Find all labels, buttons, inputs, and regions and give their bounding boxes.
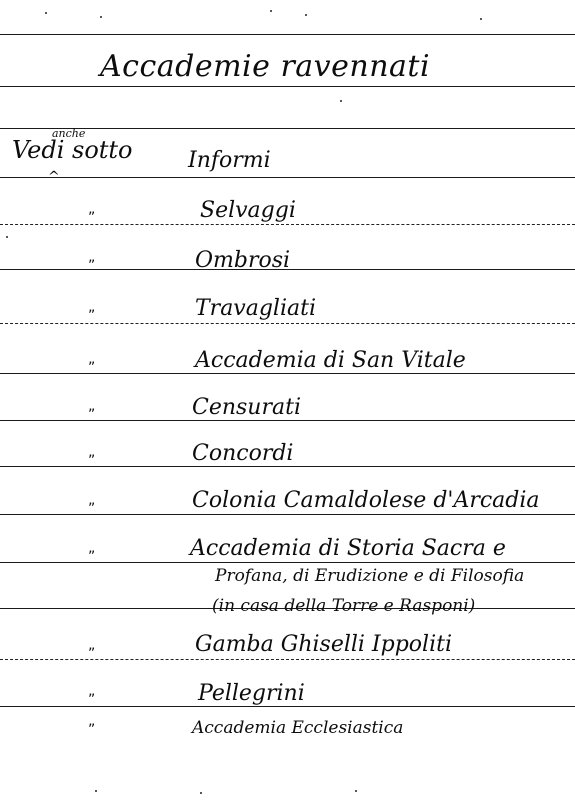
ink-speck: [355, 790, 357, 792]
ink-speck: [340, 100, 342, 102]
list-item: Informi: [188, 150, 271, 172]
ditto-mark: ”: [88, 258, 95, 274]
ruled-line: [0, 86, 575, 87]
ruled-line: [0, 177, 575, 178]
ink-speck: [270, 10, 272, 12]
list-item: Travagliati: [195, 298, 316, 320]
ink-speck: [6, 236, 8, 238]
ditto-mark: ”: [88, 646, 95, 662]
list-item-continuation: Profana, di Erudizione e di Filosofia: [215, 568, 524, 585]
ruled-line: [0, 420, 575, 421]
page-title: Accademie ravennati: [100, 52, 430, 82]
ink-speck: [100, 16, 102, 18]
ditto-mark: ”: [88, 692, 95, 708]
ruled-line: [0, 34, 575, 35]
ruled-line: [0, 659, 575, 660]
cross-reference-insertion: anche: [52, 128, 85, 139]
ruled-line: [0, 224, 575, 225]
list-item: Selvaggi: [200, 200, 296, 222]
ink-speck: [305, 14, 307, 16]
ditto-mark: ”: [88, 453, 95, 469]
ditto-mark: ”: [88, 308, 95, 324]
ditto-mark: ”: [88, 722, 95, 738]
ruled-line: [0, 373, 575, 374]
ruled-line: [0, 514, 575, 515]
ruled-line: [0, 706, 575, 707]
ruled-line: [0, 323, 575, 324]
cross-reference-label: Vedi sotto: [12, 138, 133, 162]
ditto-mark: ”: [88, 407, 95, 423]
list-item: Accademia Ecclesiastica: [192, 720, 403, 737]
ditto-mark: ”: [88, 210, 95, 226]
ditto-mark: ”: [88, 501, 95, 517]
list-item-continuation: (in casa della Torre e Rasponi): [212, 598, 475, 615]
ink-speck: [95, 790, 97, 792]
list-item: Accademia di San Vitale: [195, 350, 466, 372]
ruled-line: [0, 128, 575, 129]
ruled-line: [0, 466, 575, 467]
list-item: Ombrosi: [195, 250, 290, 272]
ditto-mark: ”: [88, 549, 95, 565]
ink-speck: [480, 18, 482, 20]
manuscript-page: Accademie ravennati Vedi sotto anche ^ ”…: [0, 0, 575, 800]
ink-speck: [200, 792, 202, 794]
list-item: Censurati: [192, 397, 301, 419]
ditto-mark: ”: [88, 360, 95, 376]
insertion-caret: ^: [48, 170, 60, 184]
ink-speck: [45, 12, 47, 14]
ruled-line: [0, 562, 575, 563]
list-item: Pellegrini: [198, 683, 305, 705]
list-item: Colonia Camaldolese d'Arcadia: [192, 490, 540, 512]
list-item: Gamba Ghiselli Ippoliti: [195, 634, 452, 656]
list-item: Concordi: [192, 443, 293, 465]
list-item: Accademia di Storia Sacra e: [190, 538, 506, 560]
